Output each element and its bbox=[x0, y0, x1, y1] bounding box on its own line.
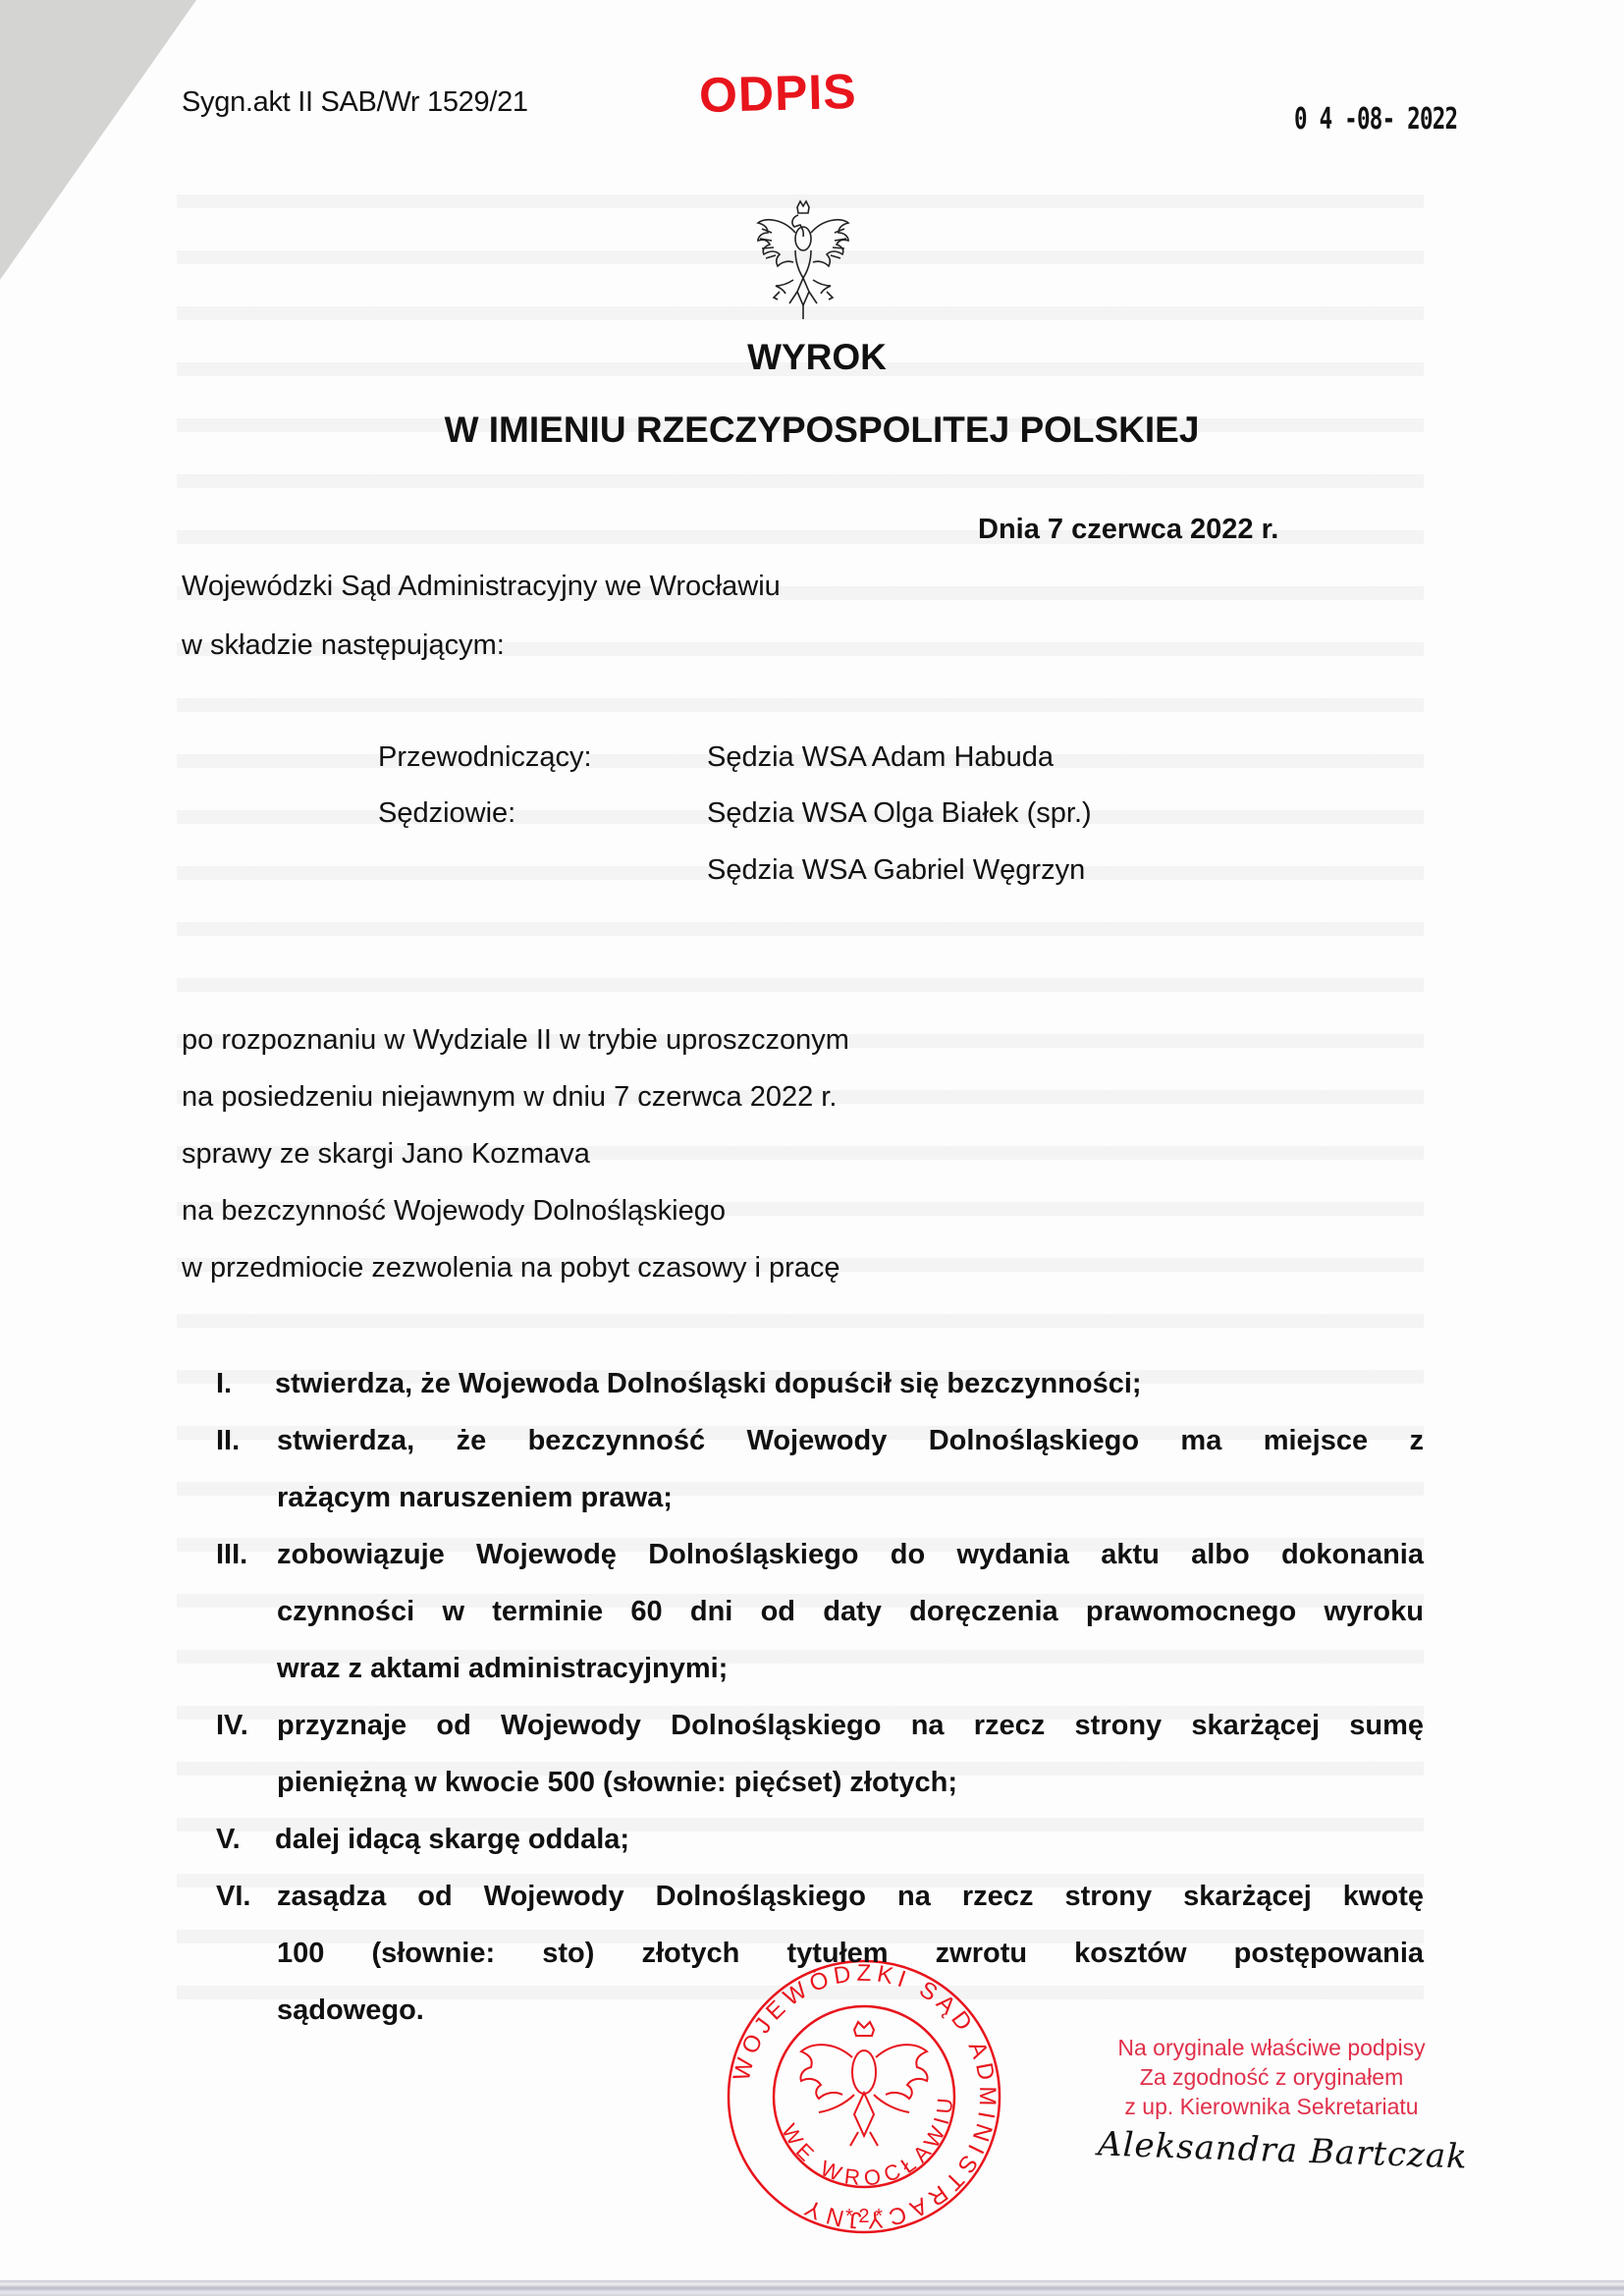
certification-stamp: Na oryginale właściwe podpisy Za zgodnoś… bbox=[1095, 2033, 1448, 2121]
svg-text:WE WROCŁAWIU: WE WROCŁAWIU bbox=[777, 2092, 957, 2191]
ruling-text: stwierdza, że bezczynność Wojewody Dolno… bbox=[277, 1425, 1424, 1457]
copy-stamp: ODPIS bbox=[698, 63, 857, 124]
ruling-text: sądowego. bbox=[277, 1995, 1424, 2027]
certification-line: z up. Kierownika Sekretariatu bbox=[1095, 2092, 1448, 2121]
panel-judge-rapporteur: Sędzia WSA Olga Białek (spr.) bbox=[707, 797, 1092, 830]
ruling-text: zasądza od Wojewody Dolnośląskiego na rz… bbox=[277, 1881, 1424, 1913]
ruling-number: VI. bbox=[216, 1881, 275, 1913]
handwritten-signature: Aleksandra Bartczak bbox=[1097, 2124, 1468, 2176]
ruling-text: zobowiązuje Wojewodę Dolnośląskiego do w… bbox=[277, 1539, 1424, 1571]
court-name: Wojewódzki Sąd Administracyjny we Wrocła… bbox=[182, 571, 781, 603]
folded-corner bbox=[0, 0, 196, 280]
panel-judge-third: Sędzia WSA Gabriel Węgrzyn bbox=[707, 854, 1085, 887]
case-description-line: na bezczynność Wojewody Dolnośląskiego bbox=[182, 1195, 726, 1228]
case-description-line: po rozpoznaniu w Wydziale II w trybie up… bbox=[182, 1024, 849, 1057]
ruling-number: III. bbox=[216, 1539, 275, 1571]
ruling-item-1: I.stwierdza, że Wojewoda Dolnośląski dop… bbox=[216, 1368, 1424, 1400]
scan-bottom-edge bbox=[0, 2280, 1624, 2296]
ruling-text: dalej idącą skargę oddala; bbox=[275, 1824, 629, 1855]
ruling-text: stwierdza, że Wojewoda Dolnośląski dopuś… bbox=[275, 1368, 1142, 1399]
ruling-number: II. bbox=[216, 1425, 275, 1457]
panel-judge-presiding: Sędzia WSA Adam Habuda bbox=[707, 741, 1054, 774]
certification-line: Na oryginale właściwe podpisy bbox=[1095, 2033, 1448, 2062]
composition-intro: w składzie następującym: bbox=[182, 629, 505, 662]
ruling-item-5: V.dalej idącą skargę oddala; bbox=[216, 1824, 1424, 1856]
seal-inner-text: WE WROCŁAWIU bbox=[777, 2092, 957, 2191]
court-seal-stamp: WOJEWÓDZKI SĄD ADMINISTRACYJNY WE WROCŁA… bbox=[717, 1949, 1011, 2244]
ruling-text: czynności w terminie 60 dni od daty dorę… bbox=[277, 1596, 1424, 1628]
seal-number: * 2 * bbox=[845, 2206, 883, 2227]
ruling-number: I. bbox=[216, 1368, 275, 1400]
ruling-text: przyznaje od Wojewody Dolnośląskiego na … bbox=[277, 1710, 1424, 1742]
polish-eagle-emblem-icon bbox=[748, 199, 858, 327]
seal-eagle-icon bbox=[800, 2022, 927, 2146]
document-title: WYROK bbox=[0, 337, 1624, 378]
certification-line: Za zgodność z oryginałem bbox=[1095, 2062, 1448, 2092]
case-description-line: sprawy ze skargi Jano Kozmava bbox=[182, 1138, 590, 1171]
ruling-text: wraz z aktami administracyjnymi; bbox=[277, 1653, 1424, 1685]
judgment-date: Dnia 7 czerwca 2022 r. bbox=[978, 514, 1278, 546]
ruling-text: pieniężną w kwocie 500 (słownie: pięćset… bbox=[277, 1767, 1424, 1799]
panel-role-presiding: Przewodniczący: bbox=[378, 741, 592, 774]
panel-role-judges: Sędziowie: bbox=[378, 797, 515, 830]
case-description-line: na posiedzeniu niejawnym w dniu 7 czerwc… bbox=[182, 1081, 837, 1114]
ruling-text: 100 (słownie: sto) złotych tytułem zwrot… bbox=[277, 1938, 1424, 1970]
case-number: Sygn.akt II SAB/Wr 1529/21 bbox=[182, 86, 528, 119]
document-subtitle: W IMIENIU RZECZYPOSPOLITEJ POLSKIEJ bbox=[0, 410, 1624, 451]
receipt-date-stamp: 0 4 -08- 2022 bbox=[1294, 102, 1457, 137]
ruling-number: V. bbox=[216, 1824, 275, 1856]
ruling-text: rażącym naruszeniem prawa; bbox=[277, 1482, 1424, 1514]
case-description-line: w przedmiocie zezwolenia na pobyt czasow… bbox=[182, 1252, 840, 1285]
ruling-number: IV. bbox=[216, 1710, 275, 1742]
